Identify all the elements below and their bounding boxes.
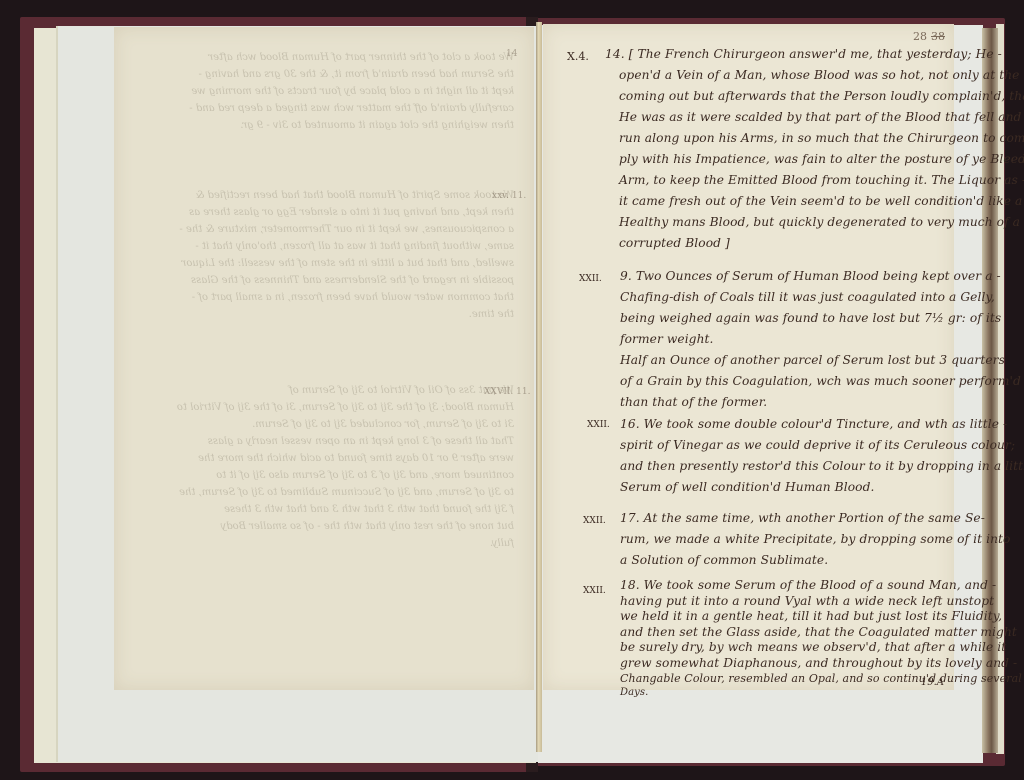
entry-line: Serum of well condition'd Human Blood. [620, 477, 954, 498]
ghost-line: Human Blood; 3j of the 3ij to 3ij of Ser… [134, 399, 514, 416]
ghost-line: fully. [134, 535, 514, 552]
ghost-line: but none of the rest only that wth the -… [134, 518, 514, 535]
entry-16: 16. We took some double colour'd Tinctur… [620, 414, 954, 498]
manuscript-viewer: We took a clot of the thinner part of Hu… [0, 0, 1024, 780]
folio-number: 2838 [913, 30, 945, 43]
ghost-line: same, without finding that it was at all… [134, 238, 514, 255]
entry-line: of a Grain by this Coagulation, wch was … [620, 371, 954, 392]
entry-line: Half an Ounce of another parcel of Serum… [620, 350, 954, 371]
right-manuscript-page: 2838 X.4. 14. [ The French Chirurgeon an… [543, 24, 954, 690]
entry-line: we held it in a gentle heat, till it had… [620, 609, 954, 625]
entry-number: 17. [620, 511, 640, 525]
ghost-block-3: We put 3ss of Oil of Vitriol to 3ij of S… [134, 382, 514, 552]
ghost-line: continued more, and 3ij of 3 to 3ij of S… [134, 467, 514, 484]
ghost-line: 3i to 3ij of Serum, for concluded 3ij to… [134, 416, 514, 433]
gutter [536, 22, 542, 752]
entry-18: 18. We took some Serum of the Blood of a… [620, 578, 954, 698]
ghost-line: swelled, and that but a little in the st… [134, 255, 514, 272]
entry-line: having put it into a round Vyal wth a wi… [620, 594, 954, 610]
entry-line: He was as it were scalded by that part o… [605, 107, 939, 128]
entry-line: grew somewhat Diaphanous, and throughout… [620, 656, 954, 672]
ghost-line: a conspicuousnes, we kept it in our Ther… [134, 221, 514, 238]
entry-number: 18. [620, 578, 640, 592]
ghost-block-2: We took some Spirit of Human Blood that … [134, 187, 514, 323]
ghost-marker: 14 [506, 49, 517, 59]
entry-number: 16. [620, 417, 640, 431]
entry-line: former weight. [620, 329, 954, 350]
ghost-line: We took some Spirit of Human Blood that … [134, 187, 514, 204]
entry-line: coming out but afterwards that the Perso… [605, 86, 939, 107]
entry-line: it came fresh out of the Vein seem'd to … [605, 191, 939, 212]
bottom-folio: 19.A [921, 677, 944, 688]
ghost-line: That all these of 3 long kept in an open… [134, 433, 514, 450]
entry-line: spirit of Vinegar as we could deprive it… [620, 435, 954, 456]
margin-reference: XXII. [583, 516, 606, 526]
entry-14: 14. [ The French Chirurgeon answer'd me,… [605, 44, 939, 254]
ghost-line: the time. [134, 306, 514, 323]
entry-line: 17. At the same time, wth another Portio… [620, 508, 954, 529]
folio-current: 28 [913, 30, 927, 43]
entry-number: 14. [605, 47, 625, 61]
ghost-block-1: We took a clot of the thinner part of Hu… [134, 49, 514, 134]
ghost-line: were after 9 or 10 days time found to ac… [134, 450, 514, 467]
entry-line: Chafing-dish of Coals till it was just c… [620, 287, 954, 308]
ghost-line: carefully drain'd off the matter wch was… [134, 100, 514, 117]
entry-line: than that of the former. [620, 392, 954, 413]
ghost-line: possible in regard of the Slenderness an… [134, 272, 514, 289]
entry-17: 17. At the same time, wth another Portio… [620, 508, 954, 571]
ghost-line: that common water would have been frozen… [134, 289, 514, 306]
ghost-line: the Serum had been drain'd from it, & th… [134, 66, 514, 83]
ghost-line: kept it all night in a cold place by fou… [134, 83, 514, 100]
entry-line: 9. Two Ounces of Serum of Human Blood be… [620, 266, 954, 287]
entry-line: Healthy mans Blood, but quickly degenera… [605, 212, 939, 233]
left-manuscript-page: We took a clot of the thinner part of Hu… [114, 27, 534, 690]
entry-line: corrupted Blood ] [605, 233, 939, 254]
margin-reference: XXII. [583, 586, 606, 596]
entry-line: open'd a Vein of a Man, whose Blood was … [605, 65, 939, 86]
entry-line: run along upon his Arms, in so much that… [605, 128, 939, 149]
entry-line: 16. We took some double colour'd Tinctur… [620, 414, 954, 435]
entry-line: and then presently restor'd this Colour … [620, 456, 954, 477]
ghost-line: to 3ij of Serum, and 3ij of Succinum Sub… [134, 484, 514, 501]
folio-struck: 38 [931, 30, 945, 43]
margin-reference: XXII. [579, 274, 602, 284]
entry-line: ply with his Impatience, was fain to alt… [605, 149, 939, 170]
ghost-line: then weighing the clot again it amounted… [134, 117, 514, 134]
ghost-line: We took a clot of the thinner part of Hu… [134, 49, 514, 66]
ghost-margin: XXVII. 11. [484, 387, 530, 397]
ghost-margin: xxv. 11. [492, 191, 526, 201]
ghost-line: We put 3ss of Oil of Vitriol to 3ij of S… [134, 382, 514, 399]
entry-line: Arm, to keep the Emitted Blood from touc… [605, 170, 939, 191]
entry-line: and then set the Glass aside, that the C… [620, 625, 954, 641]
ghost-line: then kept, and having put it into a slen… [134, 204, 514, 221]
entry-line: Changable Colour, resembled an Opal, and… [620, 671, 954, 687]
margin-reference: XXII. [587, 420, 610, 430]
entry-line: Days. [620, 687, 954, 698]
entry-line: be surely dry, by wch means we observ'd,… [620, 640, 954, 656]
entry-line: being weighed again was found to have lo… [620, 308, 954, 329]
entry-9: 9. Two Ounces of Serum of Human Blood be… [620, 266, 954, 413]
entry-number: 9. [620, 269, 632, 283]
entry-line: 14. [ The French Chirurgeon answer'd me,… [605, 44, 939, 65]
entry-line: 18. We took some Serum of the Blood of a… [620, 578, 954, 594]
ghost-line: f 3ij the found that wth 3 that wth 3 an… [134, 501, 514, 518]
entry-line: rum, we made a white Precipitate, by dro… [620, 529, 954, 550]
margin-reference: X.4. [567, 50, 589, 63]
entry-line: a Solution of common Sublimate. [620, 550, 954, 571]
